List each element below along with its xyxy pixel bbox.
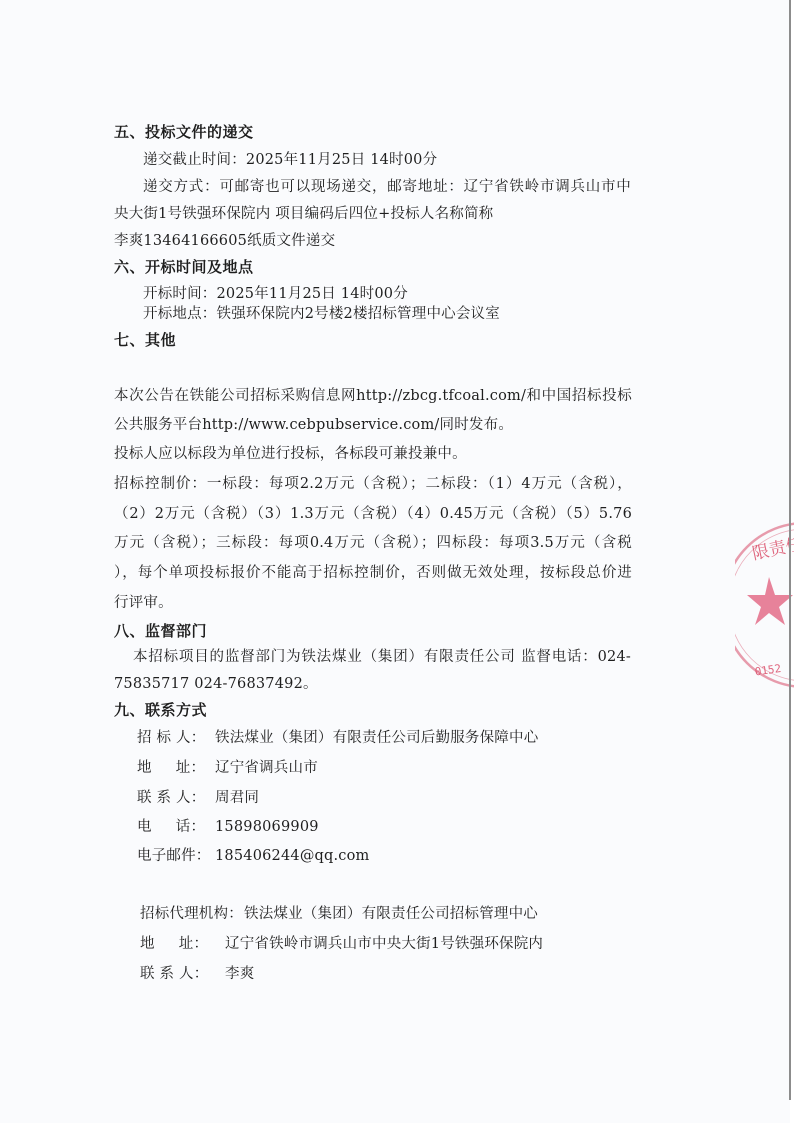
supervision-line-1: 本招标项目的监督部门为铁法煤业（集团）有限责任公司 监督电话：024- xyxy=(133,648,631,666)
tenderer-email-label: 电子邮件： xyxy=(137,847,211,865)
control-price-line-1: 招标控制价：一标段：每项2.2万元（含税）；二标段：（1）4万元（含税）， xyxy=(114,475,632,493)
seal-text-top: 限责任 xyxy=(751,534,794,564)
submission-method-line-1: 递交方式：可邮寄也可以现场递交，邮寄地址：辽宁省铁岭市调兵山市中 xyxy=(143,178,631,196)
section-9-heading: 九、联系方式 xyxy=(114,701,207,719)
tenderer-address-value: 辽宁省调兵山市 xyxy=(215,759,318,777)
supervision-line-2: 75835717 024-76837492。 xyxy=(114,675,318,693)
tenderer-phone-value: 15898069909 xyxy=(215,818,319,836)
agency-address-label: 地 址： xyxy=(140,935,208,953)
section-5-heading: 五、投标文件的递交 xyxy=(114,123,254,141)
agency-contact-value: 李爽 xyxy=(225,965,254,983)
section-7-heading: 七、其他 xyxy=(114,331,176,349)
tenderer-address-label: 地 址： xyxy=(137,759,205,777)
official-seal-stamp: 限责任 0152 xyxy=(735,515,794,695)
submission-deadline: 递交截止时间：2025年11月25日 14时00分 xyxy=(143,151,437,169)
submission-method-line-2: 央大街1号铁强环保院内 项目编码后四位+投标人名称简称 xyxy=(114,205,493,223)
bid-opening-time: 开标时间：2025年11月25日 14时00分 xyxy=(143,285,408,303)
tenderer-label: 招 标 人： xyxy=(137,729,205,747)
section-8-heading: 八、监督部门 xyxy=(114,622,207,640)
tenderer-contact-value: 周君同 xyxy=(215,789,259,807)
other-para-1-line-1: 本次公告在铁能公司招标采购信息网http://zbcg.tfcoal.com/和… xyxy=(114,387,632,405)
control-price-line-4: ），每个单项投标报价不能高于招标控制价，否则做无效处理，按标段总价进 xyxy=(114,564,632,582)
section-6-heading: 六、开标时间及地点 xyxy=(114,258,254,276)
tenderer-contact-label: 联 系 人： xyxy=(137,789,205,807)
submission-method-line-3: 李爽13464166605纸质文件递交 xyxy=(114,232,335,250)
agency-address-value: 辽宁省铁岭市调兵山市中央大街1号铁强环保院内 xyxy=(225,935,543,953)
other-para-1-line-2: 公共服务平台http://www.cebpubservice.com/同时发布。 xyxy=(114,416,513,434)
document-page: 五、投标文件的递交 递交截止时间：2025年11月25日 14时00分 递交方式… xyxy=(0,0,790,1123)
control-price-line-2: （2）2万元（含税）（3）1.3万元（含税）（4）0.45万元（含税）（5）5.… xyxy=(114,505,632,523)
other-para-2: 投标人应以标段为单位进行投标，各标段可兼投兼中。 xyxy=(114,445,467,463)
tenderer-email-value: 185406244@qq.com xyxy=(215,847,370,865)
tenderer-phone-label: 电 话： xyxy=(137,818,205,836)
tenderer-value: 铁法煤业（集团）有限责任公司后勤服务保障中心 xyxy=(215,729,538,747)
agency-contact-label: 联 系 人： xyxy=(140,965,208,983)
agency-label: 招标代理机构： xyxy=(140,905,243,923)
control-price-line-5: 行评审。 xyxy=(114,594,173,612)
control-price-line-3: 万元（含税）；三标段：每项0.4万元（含税）；四标段：每项3.5万元（含税 xyxy=(114,534,632,552)
seal-text-bottom: 0152 xyxy=(754,662,782,679)
bid-opening-place: 开标地点：铁强环保院内2号楼2楼招标管理中心会议室 xyxy=(143,305,500,323)
seal-star-icon xyxy=(747,577,793,625)
page-edge-divider xyxy=(789,0,791,1100)
agency-value: 铁法煤业（集团）有限责任公司招标管理中心 xyxy=(244,905,538,923)
